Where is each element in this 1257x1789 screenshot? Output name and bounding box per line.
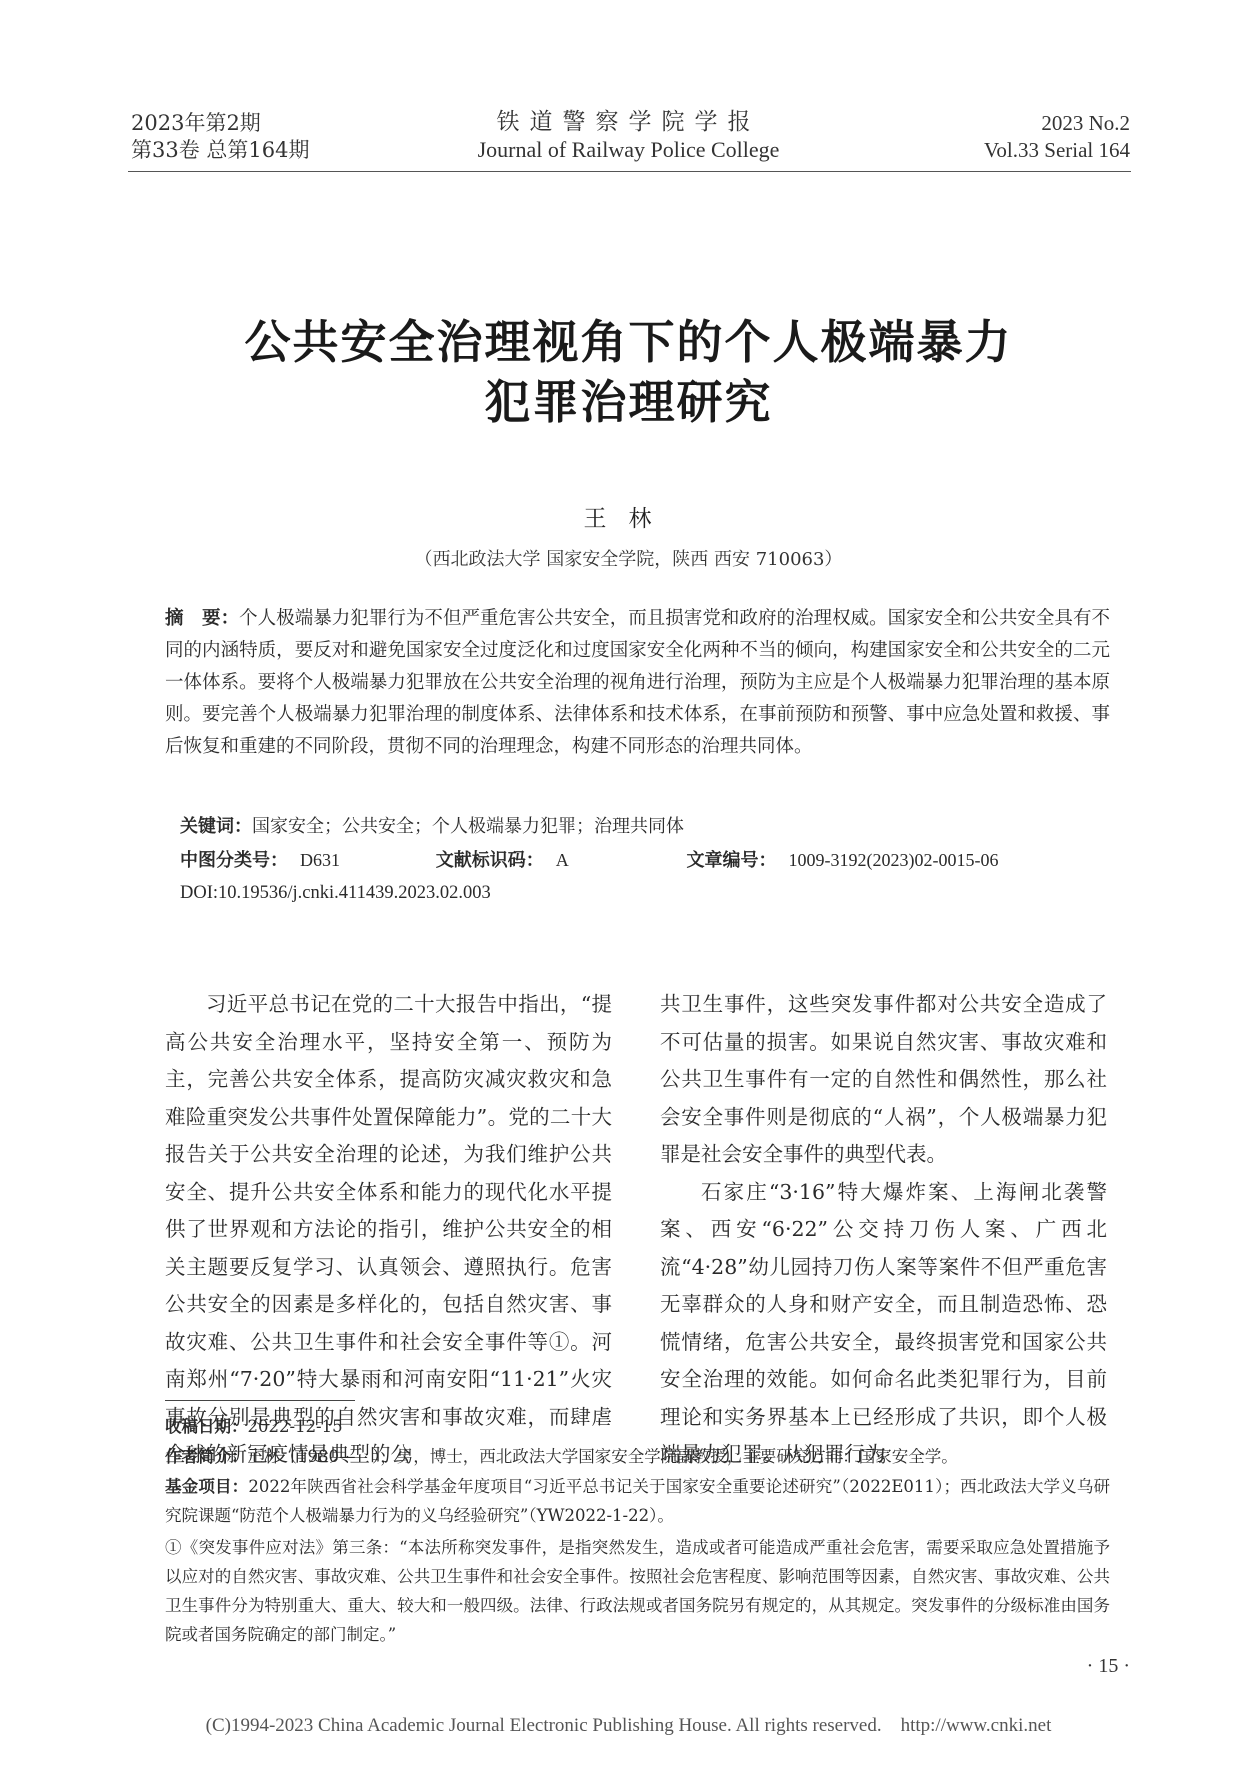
received-label: 收稿日期： (165, 1417, 248, 1436)
volume-line-en: Vol.33 Serial 164 (984, 137, 1130, 164)
footnote-received-date: 收稿日期：2022-12-15 (165, 1412, 1110, 1441)
keywords-label: 关键词： (180, 816, 252, 837)
doc-code-value: A (556, 845, 569, 875)
body-column-right: 共卫生事件，这些突发事件都对公共安全造成了不可估量的损害。如果说自然灾害、事故灾… (660, 986, 1107, 1474)
doc-code-label: 文献标识码： (436, 846, 544, 876)
keywords-text: 国家安全；公共安全；个人极端暴力犯罪；治理共同体 (252, 816, 684, 837)
funding-value: 2022年陕西省社会科学基金年度项目“习近平总书记关于国家安全重要论述研究”（2… (165, 1477, 1110, 1525)
body-paragraph: 共卫生事件，这些突发事件都对公共安全造成了不可估量的损害。如果说自然灾害、事故灾… (660, 986, 1107, 1174)
article-no-value: 1009-3192(2023)02-0015-06 (788, 845, 998, 875)
abstract-text: 个人极端暴力犯罪行为不但严重危害公共安全，而且损害党和政府的治理权威。国家安全和… (165, 608, 1110, 757)
article-title: 公共安全治理视角下的个人极端暴力 犯罪治理研究 (0, 312, 1257, 432)
classification-info: 中图分类号：D631 文献标识码：A 文章编号：1009-3192(2023)0… (180, 845, 1100, 876)
abstract: 摘 要：个人极端暴力犯罪行为不但严重危害公共安全，而且损害党和政府的治理权威。国… (165, 603, 1110, 763)
footnote-1: ①《突发事件应对法》第三条：“本法所称突发事件，是指突然发生，造成或者可能造成严… (165, 1533, 1110, 1649)
copyright-notice: (C)1994-2023 China Academic Journal Elec… (0, 1715, 1257, 1737)
footnote-funding: 基金项目：2022年陕西省社会科学基金年度项目“习近平总书记关于国家安全重要论述… (165, 1472, 1110, 1530)
header-divider (128, 171, 1131, 172)
keywords: 关键词：国家安全；公共安全；个人极端暴力犯罪；治理共同体 (180, 812, 684, 842)
clc-label: 中图分类号： (180, 846, 288, 876)
issue-line-en: 2023 No.2 (984, 110, 1130, 137)
article-no-label: 文章编号： (686, 846, 776, 876)
funding-label: 基金项目： (165, 1477, 248, 1496)
abstract-label: 摘 要： (165, 608, 239, 629)
doi[interactable]: DOI:10.19536/j.cnki.411439.2023.02.003 (180, 878, 491, 908)
page-number: · 15 · (1087, 1655, 1130, 1678)
title-line-1: 公共安全治理视角下的个人极端暴力 (0, 312, 1257, 372)
title-line-2: 犯罪治理研究 (0, 372, 1257, 432)
author-name: 王林 (0, 500, 1257, 533)
footnote-author-bio: 作者简介：王林（1980— ），男，博士，西北政法大学国家安全学院副教授，主要研… (165, 1442, 1110, 1471)
author-bio-value: 王林（1980— ），男，博士，西北政法大学国家安全学院副教授，主要研究方向：国… (248, 1447, 958, 1466)
footnote-divider (165, 1400, 355, 1401)
author-bio-label: 作者简介： (165, 1447, 248, 1466)
clc-value: D631 (300, 845, 340, 875)
author-affiliation: （西北政法大学 国家安全学院，陕西 西安 710063） (0, 545, 1257, 571)
journal-issue-info-en: 2023 No.2 Vol.33 Serial 164 (984, 110, 1130, 164)
received-value: 2022-12-15 (248, 1417, 343, 1436)
